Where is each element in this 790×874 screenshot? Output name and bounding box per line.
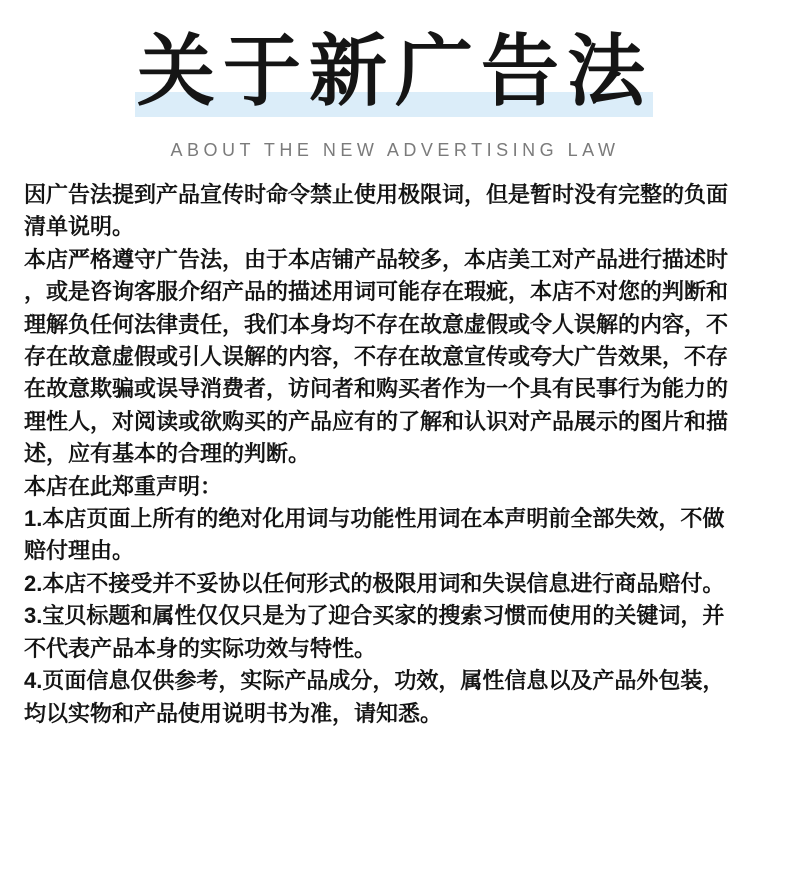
disclaimer-text-line: 因广告法提到产品宣传时命令禁止使用极限词，但是暂时没有完整的负面: [24, 179, 764, 211]
disclaimer-text-line: 清单说明。: [24, 211, 764, 243]
disclaimer-text-line: 理性人，对阅读或欲购买的产品应有的了解和认识对产品展示的图片和描: [24, 406, 764, 438]
disclaimer-text-line: 2.本店不接受并不妥协以任何形式的极限用词和失误信息进行商品赔付。: [24, 568, 764, 600]
disclaimer-text-line: 存在故意虚假或引人误解的内容，不存在故意宣传或夸大广告效果，不存: [24, 341, 764, 373]
disclaimer-text-line: 1.本店页面上所有的绝对化用词与功能性用词在本声明前全部失效，不做: [24, 503, 764, 535]
page-title: 关于新广告法: [0, 0, 790, 110]
disclaimer-text-line: 本店在此郑重声明：: [24, 471, 764, 503]
disclaimer-text-line: 不代表产品本身的实际功效与特性。: [24, 633, 764, 665]
disclaimer-text-line: 3.宝贝标题和属性仅仅只是为了迎合买家的搜索习惯而使用的关键词，并: [24, 600, 764, 632]
disclaimer-text-block: 因广告法提到产品宣传时命令禁止使用极限词，但是暂时没有完整的负面清单说明。本店严…: [0, 179, 790, 730]
disclaimer-text-line: 4.页面信息仅供参考，实际产品成分，功效，属性信息以及产品外包装，: [24, 665, 764, 697]
disclaimer-text-line: ，或是咨询客服介绍产品的描述用词可能存在瑕疵，本店不对您的判断和: [24, 276, 764, 308]
disclaimer-text-line: 赔付理由。: [24, 535, 764, 567]
disclaimer-text-line: 均以实物和产品使用说明书为准，请知悉。: [24, 698, 764, 730]
disclaimer-page: 关于新广告法 ABOUT THE NEW ADVERTISING LAW 因广告…: [0, 0, 790, 874]
disclaimer-text-line: 理解负任何法律责任，我们本身均不存在故意虚假或令人误解的内容，不: [24, 309, 764, 341]
disclaimer-text-line: 在故意欺骗或误导消费者，访问者和购买者作为一个具有民事行为能力的: [24, 373, 764, 405]
page-header: 关于新广告法 ABOUT THE NEW ADVERTISING LAW: [0, 0, 790, 161]
page-subtitle: ABOUT THE NEW ADVERTISING LAW: [0, 140, 790, 161]
disclaimer-text-line: 述，应有基本的合理的判断。: [24, 438, 764, 470]
disclaimer-text-line: 本店严格遵守广告法，由于本店铺产品较多，本店美工对产品进行描述时: [24, 244, 764, 276]
